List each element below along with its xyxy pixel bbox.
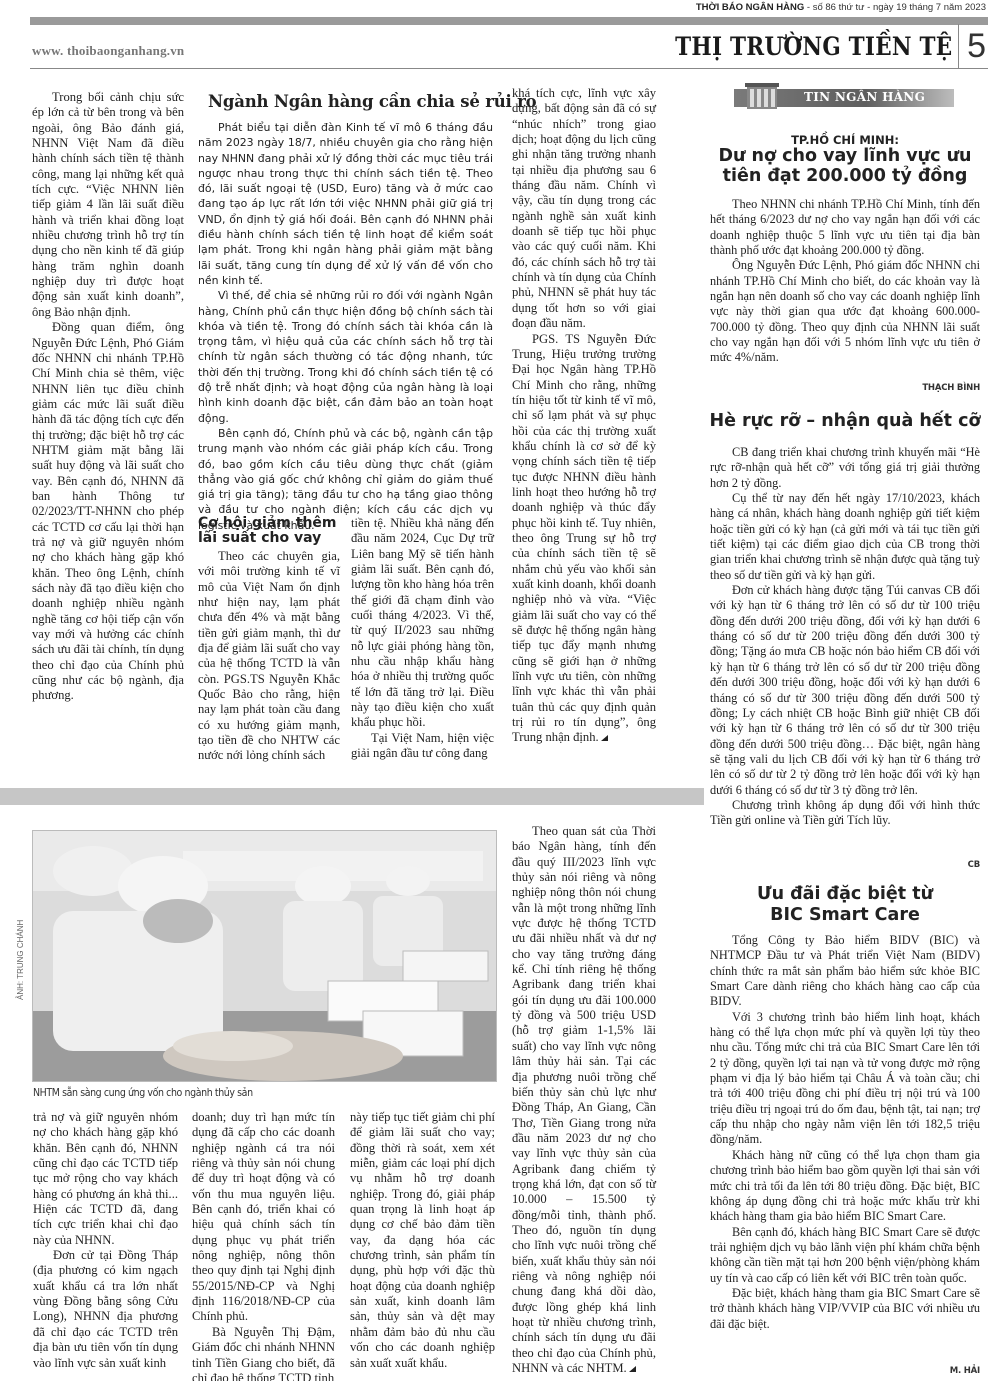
paragraph: Trong bối cảnh chịu sức ép lớn cả từ bên… — [32, 90, 184, 320]
paragraph: Bà Nguyễn Thị Đậm, Giám đốc chi nhánh NH… — [192, 1325, 335, 1381]
news3-body: Tổng Công ty Bảo hiểm BIDV (BIC) và NHTM… — [710, 933, 980, 1332]
section-tag-label: TIN NGÂN HÀNG — [804, 90, 925, 104]
header-rule — [30, 68, 988, 69]
paragraph: Ông Nguyễn Đức Lệnh, Phó giám đốc NHNN c… — [710, 258, 980, 365]
paragraph: Theo các chuyên gia, với môi trường kinh… — [198, 549, 340, 764]
main-article-col3: tiền tệ. Nhiều khả năng đến đầu năm 2024… — [351, 516, 494, 762]
paragraph-text: PGS. TS Nguyễn Đức Trung, Hiệu trưởng tr… — [512, 332, 656, 745]
paragraph: Theo quan sát của Thời báo Ngân hàng, tí… — [512, 824, 656, 1376]
paragraph: Đặc biệt, khách hàng tham gia BIC Smart … — [710, 1286, 980, 1332]
photo-caption: NHTM sẵn sàng cung ứng vốn cho ngành thủ… — [33, 1087, 253, 1099]
news1-title-line1: Dư nợ cho vay lĩnh vực ưu — [700, 146, 990, 166]
news1-title-line2: tiên đạt 200.000 tỷ đồng — [700, 166, 990, 186]
paragraph: này tiếp tục tiết giảm chi phí để giảm l… — [350, 1110, 495, 1371]
paragraph: khá tích cực, lĩnh vực xây dựng, bất độn… — [512, 86, 656, 332]
paragraph: Với 3 chương trình bảo hiểm linh hoạt, k… — [710, 1010, 980, 1148]
paragraph: Tổng Công ty Bảo hiểm BIDV (BIC) và NHTM… — [710, 933, 980, 1010]
paragraph: Theo NHNN chi nhánh TP.Hồ Chí Minh, tính… — [710, 197, 980, 258]
issue-info: - số 86 thứ tư - ngày 19 tháng 7 năm 202… — [804, 2, 986, 13]
paragraph: PGS. TS Nguyễn Đức Trung, Hiệu trưởng tr… — [512, 332, 656, 746]
news2-byline: CB — [968, 860, 980, 870]
website-url: www. thoibaonganhang.vn — [32, 43, 184, 59]
paragraph: Đơn cử tại Đồng Tháp (địa phương có kim … — [33, 1248, 178, 1371]
paragraph: Bên cạnh đó, khách hàng BIC Smart Care s… — [710, 1225, 980, 1286]
news1-kicker: TP.HỒ CHÍ MINH: — [700, 133, 990, 147]
paragraph: trả nợ và giữ nguyên nhóm nợ cho khách h… — [33, 1110, 178, 1248]
section-title: THỊ TRƯỜNG TIỀN TỆ — [675, 32, 952, 61]
paragraph: tiền tệ. Nhiều khả năng đến đầu năm 2024… — [351, 516, 494, 731]
paragraph: Khách hàng nữ cũng có thể lựa chọn tham … — [710, 1148, 980, 1225]
photo-credit: ẢNH: TRUNG CHÁNH — [16, 920, 25, 1000]
paragraph: doanh; duy trì hạn mức tín dụng đã cấp c… — [192, 1110, 335, 1325]
lower-article-col2: doanh; duy trì hạn mức tín dụng đã cấp c… — [192, 1110, 335, 1381]
bank-building-icon — [745, 81, 779, 109]
separator-band — [0, 788, 704, 805]
news1-byline: THẠCH BÌNH — [922, 383, 980, 393]
seafood-factory-photo-icon — [33, 831, 497, 1082]
article-photo — [32, 830, 497, 1082]
news2-title: Hè rực rỡ – nhận quà hết cỡ — [700, 411, 990, 431]
news3-title-line2: BIC Smart Care — [700, 905, 990, 925]
box-body: Phát biểu tại diễn đàn Kinh tế vĩ mô 6 t… — [198, 120, 493, 533]
paragraph: Phát biểu tại diễn đàn Kinh tế vĩ mô 6 t… — [198, 120, 493, 288]
news3-byline: M. HẢI — [950, 1366, 980, 1376]
news1-body: Theo NHNN chi nhánh TP.Hồ Chí Minh, tính… — [710, 197, 980, 366]
paragraph: Đơn cử khách hàng được tặng Túi canvas C… — [710, 583, 980, 798]
paragraph: Cụ thể từ nay đến hết ngày 17/10/2023, k… — [710, 491, 980, 583]
end-of-article-icon — [629, 1366, 636, 1372]
publication-name: THỜI BÁO NGÂN HÀNG — [696, 2, 804, 13]
news3-title-line1: Ưu đãi đặc biệt từ — [700, 884, 990, 904]
page-number: 5 — [958, 24, 986, 68]
box-heading: Ngành Ngân hàng cần chia sẻ rủi ro — [208, 92, 536, 111]
paragraph: Vì thế, để chia sẻ những rủi ro đối với … — [198, 288, 493, 426]
issue-info-line: THỜI BÁO NGÂN HÀNG - số 86 thứ tư - ngày… — [696, 2, 986, 13]
lower-article-col1: trả nợ và giữ nguyên nhóm nợ cho khách h… — [33, 1110, 178, 1371]
news2-body: CB đang triển khai chương trình khuyến m… — [710, 445, 980, 829]
end-of-article-icon — [601, 735, 608, 741]
main-article-col1: Trong bối cảnh chịu sức ép lớn cả từ bên… — [32, 90, 184, 704]
paragraph: Chương trình không áp dụng đối với hình … — [710, 798, 980, 829]
top-gray-bar — [30, 17, 988, 25]
main-article-col4: khá tích cực, lĩnh vực xây dựng, bất độn… — [512, 86, 656, 746]
lower-article-col3: này tiếp tục tiết giảm chi phí để giảm l… — [350, 1110, 495, 1371]
lower-article-col4: Theo quan sát của Thời báo Ngân hàng, tí… — [512, 824, 656, 1376]
subheading: Cơ hội giảm thêm lãi suất cho vay — [198, 516, 348, 546]
paragraph: CB đang triển khai chương trình khuyến m… — [710, 445, 980, 491]
paragraph-text: Theo quan sát của Thời báo Ngân hàng, tí… — [512, 824, 656, 1375]
paragraph: Đồng quan điểm, ông Nguyễn Đức Lệnh, Phó… — [32, 320, 184, 704]
paragraph: Tại Việt Nam, hiện việc giải ngân đầu tư… — [351, 731, 494, 762]
main-article-col2: Theo các chuyên gia, với môi trường kinh… — [198, 549, 340, 764]
